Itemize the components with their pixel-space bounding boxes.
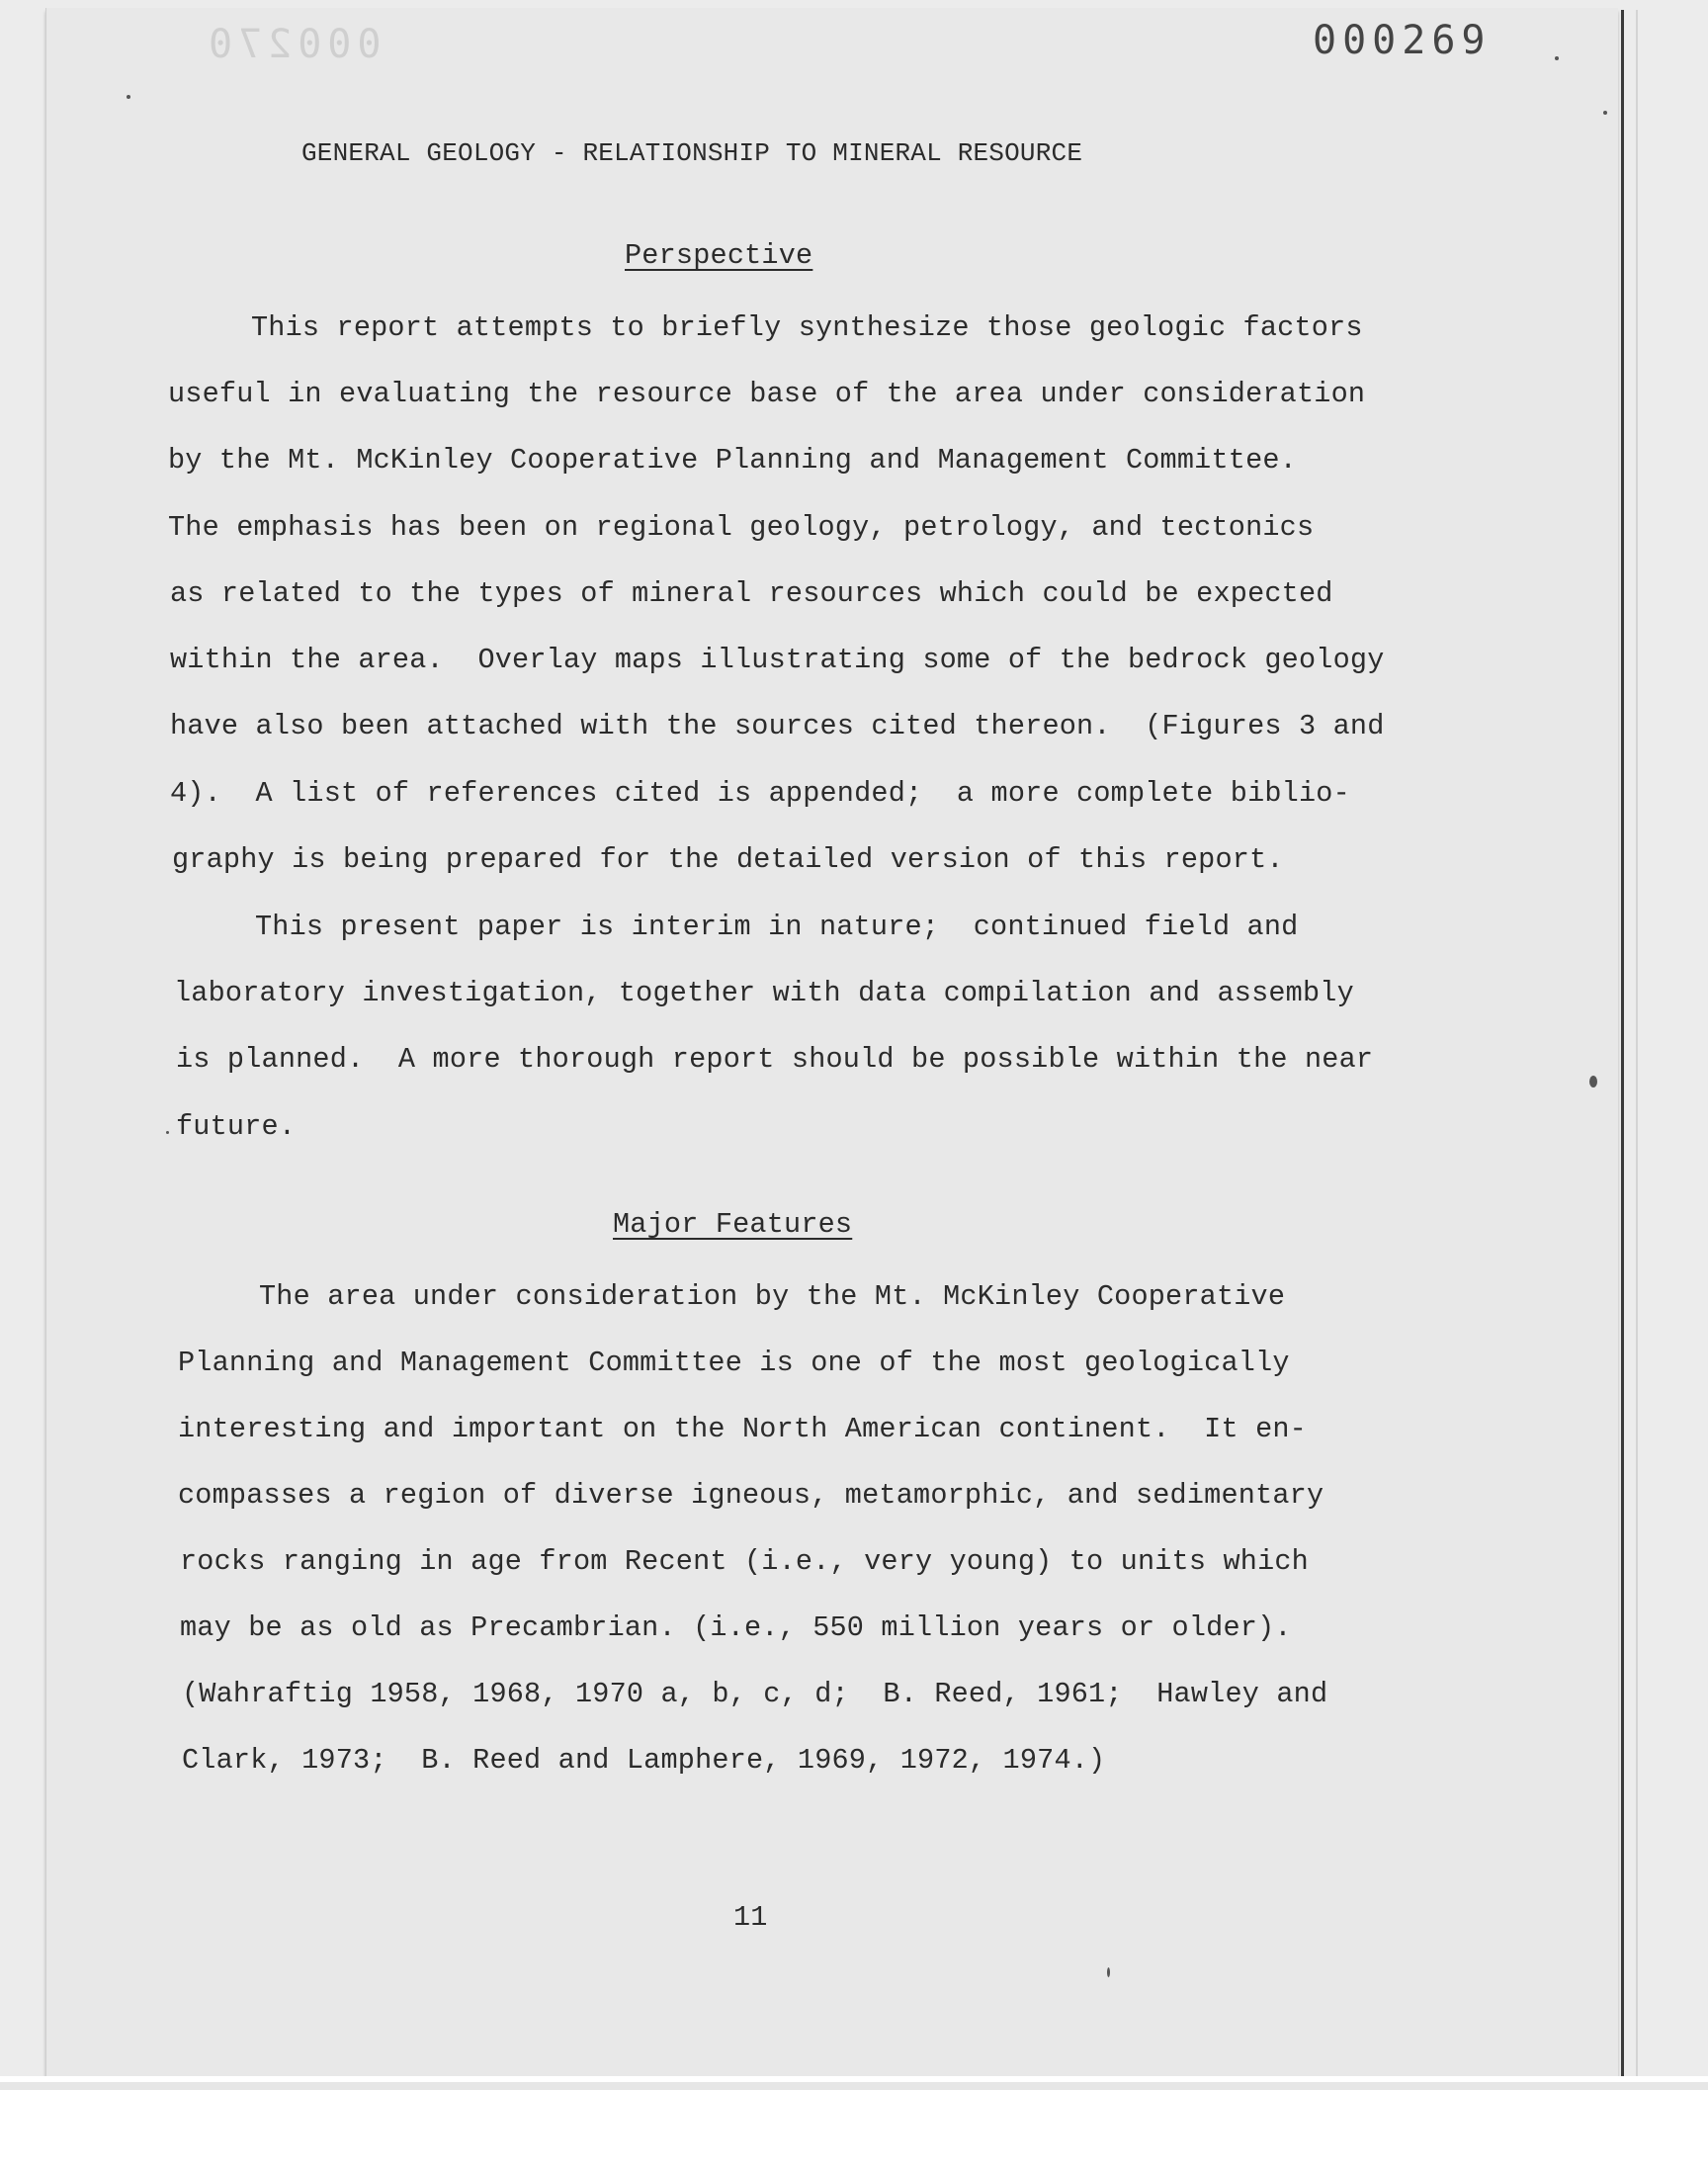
section-heading-perspective: Perspective [625, 242, 812, 271]
scan-speck [1107, 1967, 1110, 1977]
paragraph-line: (Wahraftig 1958, 1968, 1970 a, b, c, d; … [182, 1681, 1327, 1709]
paragraph-line: within the area. Overlay maps illustrati… [170, 647, 1385, 675]
paragraph-line: as related to the types of mineral resou… [170, 580, 1333, 609]
paragraph-line: The area under consideration by the Mt. … [259, 1283, 1285, 1312]
paragraph-line: 4). A list of references cited is append… [170, 780, 1350, 809]
paragraph-line: This present paper is interim in nature;… [255, 913, 1298, 942]
paragraph-line: is planned. A more thorough report shoul… [176, 1046, 1373, 1075]
paragraph-line: laboratory investigation, together with … [174, 980, 1354, 1008]
paragraph-line: Clark, 1973; B. Reed and Lamphere, 1969,… [182, 1747, 1105, 1776]
scan-speck [1603, 111, 1607, 115]
stamp-number: 000269 [1313, 18, 1492, 63]
paragraph-line: Planning and Management Committee is one… [178, 1349, 1290, 1378]
paragraph-line: graphy is being prepared for the detaile… [172, 846, 1284, 875]
page-margin-rule [1621, 10, 1624, 2076]
paragraph-line: rocks ranging in age from Recent (i.e., … [180, 1548, 1309, 1577]
page-number: 11 [733, 1904, 768, 1933]
paragraph-line: may be as old as Precambrian. (i.e., 550… [180, 1614, 1292, 1643]
paragraph-line: future. [176, 1113, 296, 1142]
scan-speck [127, 95, 130, 99]
document-title: GENERAL GEOLOGY - RELATIONSHIP TO MINERA… [301, 140, 1082, 166]
paragraph-line: This report attempts to briefly synthesi… [251, 314, 1363, 343]
page-edge [1636, 10, 1638, 2076]
paragraph-line: useful in evaluating the resource base o… [168, 381, 1365, 409]
paragraph-line: by the Mt. McKinley Cooperative Planning… [168, 447, 1297, 476]
paragraph-line: compasses a region of diverse igneous, m… [178, 1482, 1324, 1511]
ghost-stamp-number: 000270 [203, 22, 382, 67]
scan-speck [1555, 56, 1559, 60]
paragraph-line: interesting and important on the North A… [178, 1416, 1307, 1444]
section-heading-major-features: Major Features [613, 1211, 852, 1240]
scan-speck [1589, 1076, 1597, 1087]
paragraph-line: have also been attached with the sources… [170, 713, 1385, 741]
scan-speck [166, 1131, 169, 1134]
paragraph-line: The emphasis has been on regional geolog… [168, 514, 1314, 543]
scan-bottom-strip [0, 2076, 1708, 2090]
